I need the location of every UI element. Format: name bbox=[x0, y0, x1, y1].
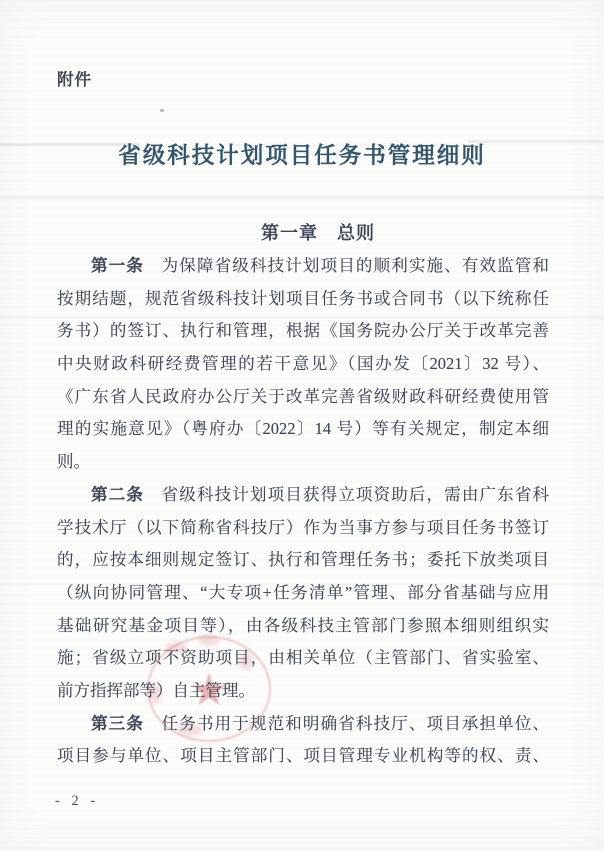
body-line: 按期结题，规范省级科技计划项目任务书或合同书（以下统称任 bbox=[57, 283, 549, 316]
attachment-label: 附件 bbox=[57, 66, 92, 90]
body-line: 学技术厅（以下简称省科技厅）作为当事方参与项目任务书签订 bbox=[57, 512, 549, 545]
body-line: 基础研究基金项目等），由各级科技主管部门参照本细则组织实 bbox=[57, 610, 549, 643]
scan-speck bbox=[160, 109, 164, 112]
body-text-segment: 前方指挥部等）自主管理。 bbox=[57, 681, 255, 700]
article-number: 第三条 bbox=[91, 714, 144, 733]
body-line: 第二条 省级科技计划项目获得立项资助后，需由广东省科 bbox=[57, 479, 549, 512]
body-line: 项目参与单位、项目主管部门、项目管理专业机构等的权、责、 bbox=[57, 740, 549, 773]
body-line: 则。 bbox=[57, 446, 549, 479]
article-number: 第一条 bbox=[91, 256, 144, 275]
page-number: - 2 - bbox=[55, 793, 99, 810]
body-line: 前方指挥部等）自主管理。 bbox=[57, 675, 549, 708]
paragraph: 第一条 为保障省级科技计划项目的顺利实施、有效监管和按期结题，规范省级科技计划项… bbox=[57, 250, 549, 479]
body-text-segment: 理的实施意见》（粤府办〔2022〕14 号）等有关规定，制定本细 bbox=[57, 419, 549, 438]
body-line: 《广东省人民政府办公厅关于改革完善省级财政科研经费使用管 bbox=[57, 381, 549, 414]
chapter-heading: 第一章 总则 bbox=[16, 219, 604, 245]
body-text-segment: 基础研究基金项目等），由各级科技主管部门参照本细则组织实 bbox=[57, 616, 549, 635]
body-text-segment: 的，应按本细则规定签订、执行和管理任务书；委托下放类项目 bbox=[57, 550, 549, 569]
document-page: ★ 附件 省级科技计划项目任务书管理细则 第一章 总则 第一条 为保障省级科技计… bbox=[0, 0, 604, 851]
body-text-segment: 学技术厅（以下简称省科技厅）作为当事方参与项目任务书签订 bbox=[57, 518, 549, 537]
body-line: 第一条 为保障省级科技计划项目的顺利实施、有效监管和 bbox=[57, 250, 549, 283]
body-line: 中央财政科研经费管理的若干意见》（国办发〔2021〕32 号）、 bbox=[57, 348, 549, 381]
body-text-segment: （纵向协同管理、“大专项+任务清单”管理、部分省基础与应用 bbox=[57, 583, 549, 602]
body-text-segment: 项目参与单位、项目主管部门、项目管理专业机构等的权、责、 bbox=[57, 746, 549, 765]
body-line: 理的实施意见》（粤府办〔2022〕14 号）等有关规定，制定本细 bbox=[57, 413, 549, 446]
body-text-segment: 省级科技计划项目获得立项资助后，需由广东省科 bbox=[144, 485, 549, 504]
body-text-segment: 施；省级立项不资助项目，由相关单位（主管部门、省实验室、 bbox=[57, 648, 549, 667]
body-text-segment: 则。 bbox=[57, 452, 90, 471]
body-text-segment: 按期结题，规范省级科技计划项目任务书或合同书（以下统称任 bbox=[57, 289, 549, 308]
document-body: 第一条 为保障省级科技计划项目的顺利实施、有效监管和按期结题，规范省级科技计划项… bbox=[57, 250, 549, 773]
paragraph: 第二条 省级科技计划项目获得立项资助后，需由广东省科学技术厅（以下简称省科技厅）… bbox=[57, 479, 549, 708]
body-text-segment: 《广东省人民政府办公厅关于改革完善省级财政科研经费使用管 bbox=[57, 387, 549, 406]
body-line: （纵向协同管理、“大专项+任务清单”管理、部分省基础与应用 bbox=[57, 577, 549, 610]
body-text-segment: 任务书用于规范和明确省科技厅、项目承担单位、 bbox=[144, 714, 549, 733]
body-text-segment: 为保障省级科技计划项目的顺利实施、有效监管和 bbox=[144, 256, 549, 275]
body-line: 的，应按本细则规定签订、执行和管理任务书；委托下放类项目 bbox=[57, 544, 549, 577]
document-title: 省级科技计划项目任务书管理细则 bbox=[0, 138, 604, 170]
body-text-segment: 务书）的签订、执行和管理，根据《国务院办公厅关于改革完善 bbox=[57, 321, 549, 340]
body-line: 施；省级立项不资助项目，由相关单位（主管部门、省实验室、 bbox=[57, 642, 549, 675]
body-line: 第三条 任务书用于规范和明确省科技厅、项目承担单位、 bbox=[57, 708, 549, 741]
body-text-segment: 中央财政科研经费管理的若干意见》（国办发〔2021〕32 号）、 bbox=[57, 354, 549, 373]
paragraph: 第三条 任务书用于规范和明确省科技厅、项目承担单位、项目参与单位、项目主管部门、… bbox=[57, 708, 549, 773]
article-number: 第二条 bbox=[91, 485, 144, 504]
body-line: 务书）的签订、执行和管理，根据《国务院办公厅关于改革完善 bbox=[57, 315, 549, 348]
scan-streak bbox=[0, 196, 604, 199]
